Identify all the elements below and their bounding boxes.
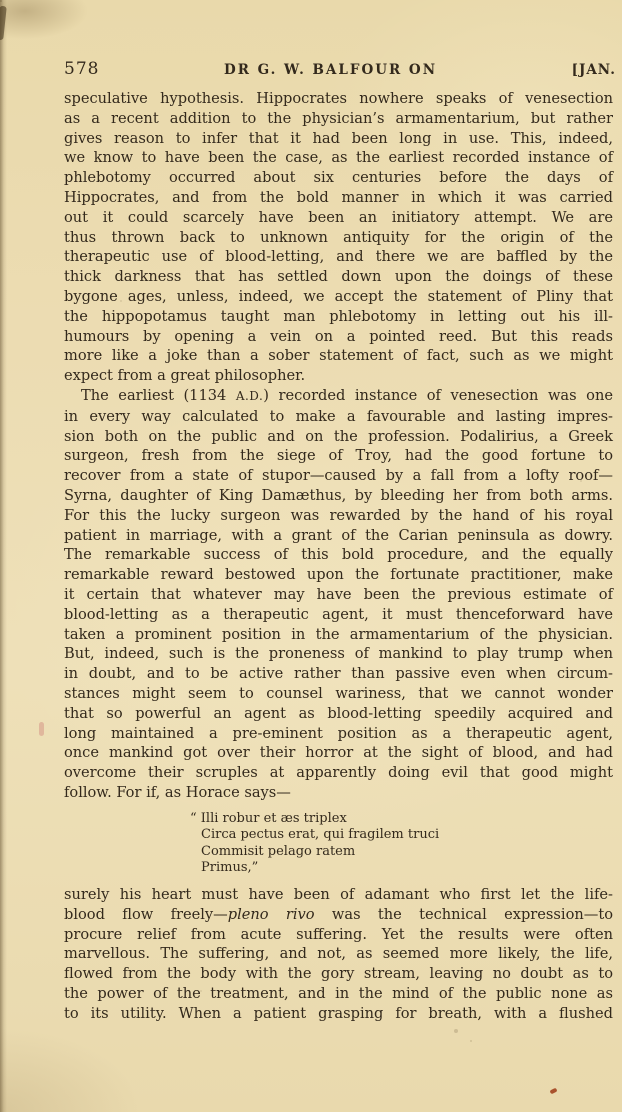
- text-line: flowed from the body with the gory strea…: [64, 964, 613, 984]
- text-line: For this the lucky surgeon was rewarded …: [64, 506, 613, 526]
- text-line: surely his heart must have been of adama…: [64, 885, 613, 905]
- text-line: more like a joke than a sober statement …: [64, 346, 613, 366]
- text-line: blood flow freely—pleno rivo was the tec…: [64, 905, 613, 925]
- text-line: speculative hypothesis. Hippocrates nowh…: [64, 89, 613, 109]
- text-line: humours by opening a vein on a pointed r…: [64, 327, 613, 347]
- text-line: the hippopotamus taught man phlebotomy i…: [64, 307, 613, 327]
- horace-quote: “ Illi robur et æs triplexCirca pectus e…: [190, 811, 613, 877]
- paragraph-2: The earliest (1134 A.D.) recorded instan…: [64, 386, 613, 803]
- text-line: the power of the treatment, and in the m…: [64, 984, 613, 1004]
- text-line: in every way calculated to make a favour…: [64, 407, 613, 427]
- text-line: marvellous. The suffering, and not, as s…: [64, 944, 613, 964]
- text-line: Commisit pelago ratem: [190, 844, 613, 861]
- paragraph-1: speculative hypothesis. Hippocrates nowh…: [64, 89, 613, 386]
- text-line: sion both on the public and on the profe…: [64, 427, 613, 447]
- text-line: as a recent addition to the physician’s …: [64, 109, 613, 129]
- text-line: phlebotomy occurred about six centuries …: [64, 168, 613, 188]
- text-line: that so powerful an agent as blood-letti…: [64, 704, 613, 724]
- text-line: once mankind got over their horror at th…: [64, 743, 613, 763]
- paragraph-3: surely his heart must have been of adama…: [64, 885, 613, 1024]
- text-line: in doubt, and to be active rather than p…: [64, 664, 613, 684]
- page-edge-shadow: [0, 0, 7, 1112]
- text-line: Primus,”: [190, 860, 613, 877]
- body-text: speculative hypothesis. Hippocrates nowh…: [64, 89, 613, 1024]
- text-line: Circa pectus erat, qui fragilem truci: [190, 827, 613, 844]
- page-number: 578: [64, 59, 99, 79]
- text-line: gives reason to infer that it had been l…: [64, 129, 613, 149]
- text-line: bygone ages, unless, indeed, we accept t…: [64, 287, 613, 307]
- scanned-book-page: 578 DR G. W. BALFOUR ON [JAN. speculativ…: [0, 0, 622, 1112]
- text-line: to its utility. When a patient grasping …: [64, 1004, 613, 1024]
- text-line: “ Illi robur et æs triplex: [190, 811, 613, 828]
- text-line: it certain that whatever may have been t…: [64, 585, 613, 605]
- page-header: 578 DR G. W. BALFOUR ON [JAN.: [64, 59, 616, 79]
- text-line: The remarkable success of this bold proc…: [64, 545, 613, 565]
- text-line: thick darkness that has settled down upo…: [64, 267, 613, 287]
- text-line: taken a prominent position in the armame…: [64, 625, 613, 645]
- paper-speckles: [0, 0, 2, 2]
- text-line: recover from a state of stupor—caused by…: [64, 466, 613, 486]
- text-line: thus thrown back to unknown antiquity fo…: [64, 228, 613, 248]
- issue-date: [JAN.: [572, 62, 616, 78]
- text-line: But, indeed, such is the proneness of ma…: [64, 644, 613, 664]
- text-line: patient in marriage, with a grant of the…: [64, 526, 613, 546]
- text-line: overcome their scruples at apparently do…: [64, 763, 613, 783]
- text-line: surgeon, fresh from the siege of Troy, h…: [64, 446, 613, 466]
- text-line: remarkable reward bestowed upon the fort…: [64, 565, 613, 585]
- red-ink-speck: [549, 1088, 557, 1095]
- text-line: long maintained a pre-eminent position a…: [64, 724, 613, 744]
- margin-fleck: [39, 722, 44, 736]
- text-line: stances might seem to counsel wariness, …: [64, 684, 613, 704]
- text-line: procure relief from acute suffering. Yet…: [64, 925, 613, 945]
- text-line: therapeutic use of blood-letting, and th…: [64, 247, 613, 267]
- text-line: Hippocrates, and from the bold manner in…: [64, 188, 613, 208]
- text-line: out it could scarcely have been an initi…: [64, 208, 613, 228]
- running-title: DR G. W. BALFOUR ON: [99, 62, 571, 78]
- text-line: The earliest (1134 A.D.) recorded instan…: [64, 386, 613, 407]
- text-line: blood-letting as a therapeutic agent, it…: [64, 605, 613, 625]
- text-line: Syrna, daughter of King Damæthus, by ble…: [64, 486, 613, 506]
- text-line: we know to have been the case, as the ea…: [64, 148, 613, 168]
- text-line: expect from a great philosopher.: [64, 366, 613, 386]
- text-line: follow. For if, as Horace says—: [64, 783, 613, 803]
